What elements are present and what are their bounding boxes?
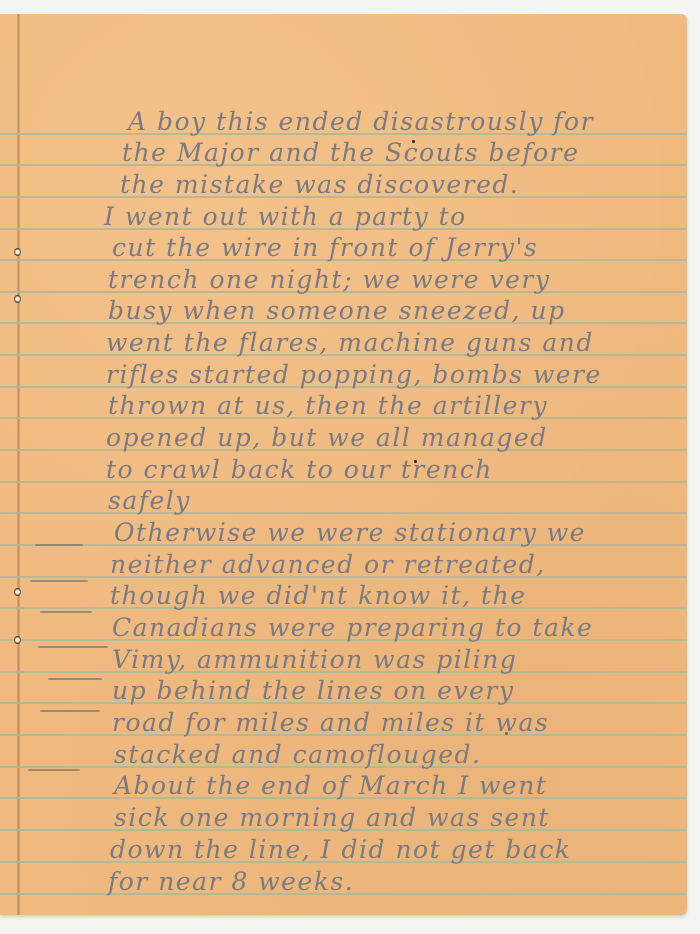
binding-fold bbox=[17, 14, 20, 915]
handwritten-line: opened up, but we all managed bbox=[106, 423, 548, 452]
handwritten-line: thrown at us, then the artillery bbox=[108, 391, 548, 420]
handwritten-line: Vimy, ammunition was piling bbox=[112, 645, 517, 674]
handwritten-line: trench one night; we were very bbox=[108, 265, 550, 294]
handwritten-line: cut the wire in front of Jerry's bbox=[112, 233, 538, 262]
margin-mark bbox=[38, 646, 108, 648]
handwritten-line: for near 8 weeks. bbox=[108, 867, 354, 896]
handwritten-line: to crawl back to our trench bbox=[106, 455, 493, 484]
binding-hole bbox=[14, 588, 21, 596]
margin-mark bbox=[40, 611, 92, 613]
margin-mark bbox=[40, 710, 100, 712]
handwritten-line: road for miles and miles it was bbox=[112, 708, 549, 737]
handwritten-line: up behind the lines on every bbox=[112, 676, 514, 705]
margin-mark bbox=[28, 769, 80, 771]
binding-hole bbox=[14, 248, 21, 256]
handwritten-line: Otherwise we were stationary we bbox=[114, 518, 586, 547]
handwritten-line: A boy this ended disastrously for bbox=[128, 107, 594, 136]
margin-mark bbox=[48, 678, 102, 680]
binding-hole bbox=[14, 295, 21, 303]
ruled-line bbox=[0, 512, 687, 514]
handwritten-line: busy when someone sneezed, up bbox=[108, 296, 566, 325]
handwritten-line: stacked and camoflouged. bbox=[114, 740, 481, 769]
handwritten-line: the mistake was discovered. bbox=[120, 170, 519, 199]
margin-mark bbox=[30, 580, 88, 582]
handwritten-line: I went out with a party to bbox=[104, 202, 467, 231]
handwritten-line: About the end of March I went bbox=[114, 771, 547, 800]
handwritten-line: sick one morning and was sent bbox=[114, 803, 550, 832]
handwritten-line: safely bbox=[108, 486, 191, 515]
handwritten-line: down the line, I did not get back bbox=[110, 835, 571, 864]
notebook-page: A boy this ended disastrously for the Ma… bbox=[0, 14, 687, 915]
handwritten-line: the Major and the Scouts before bbox=[122, 138, 579, 167]
handwritten-line: Canadians were preparing to take bbox=[112, 613, 593, 642]
binding-hole bbox=[14, 636, 21, 644]
handwritten-line: though we did'nt know it, the bbox=[110, 581, 527, 610]
handwritten-line: rifles started popping, bombs were bbox=[106, 360, 602, 389]
handwritten-line: went the flares, machine guns and bbox=[106, 328, 594, 357]
margin-mark bbox=[35, 544, 83, 546]
handwritten-line: neither advanced or retreated, bbox=[110, 550, 546, 579]
